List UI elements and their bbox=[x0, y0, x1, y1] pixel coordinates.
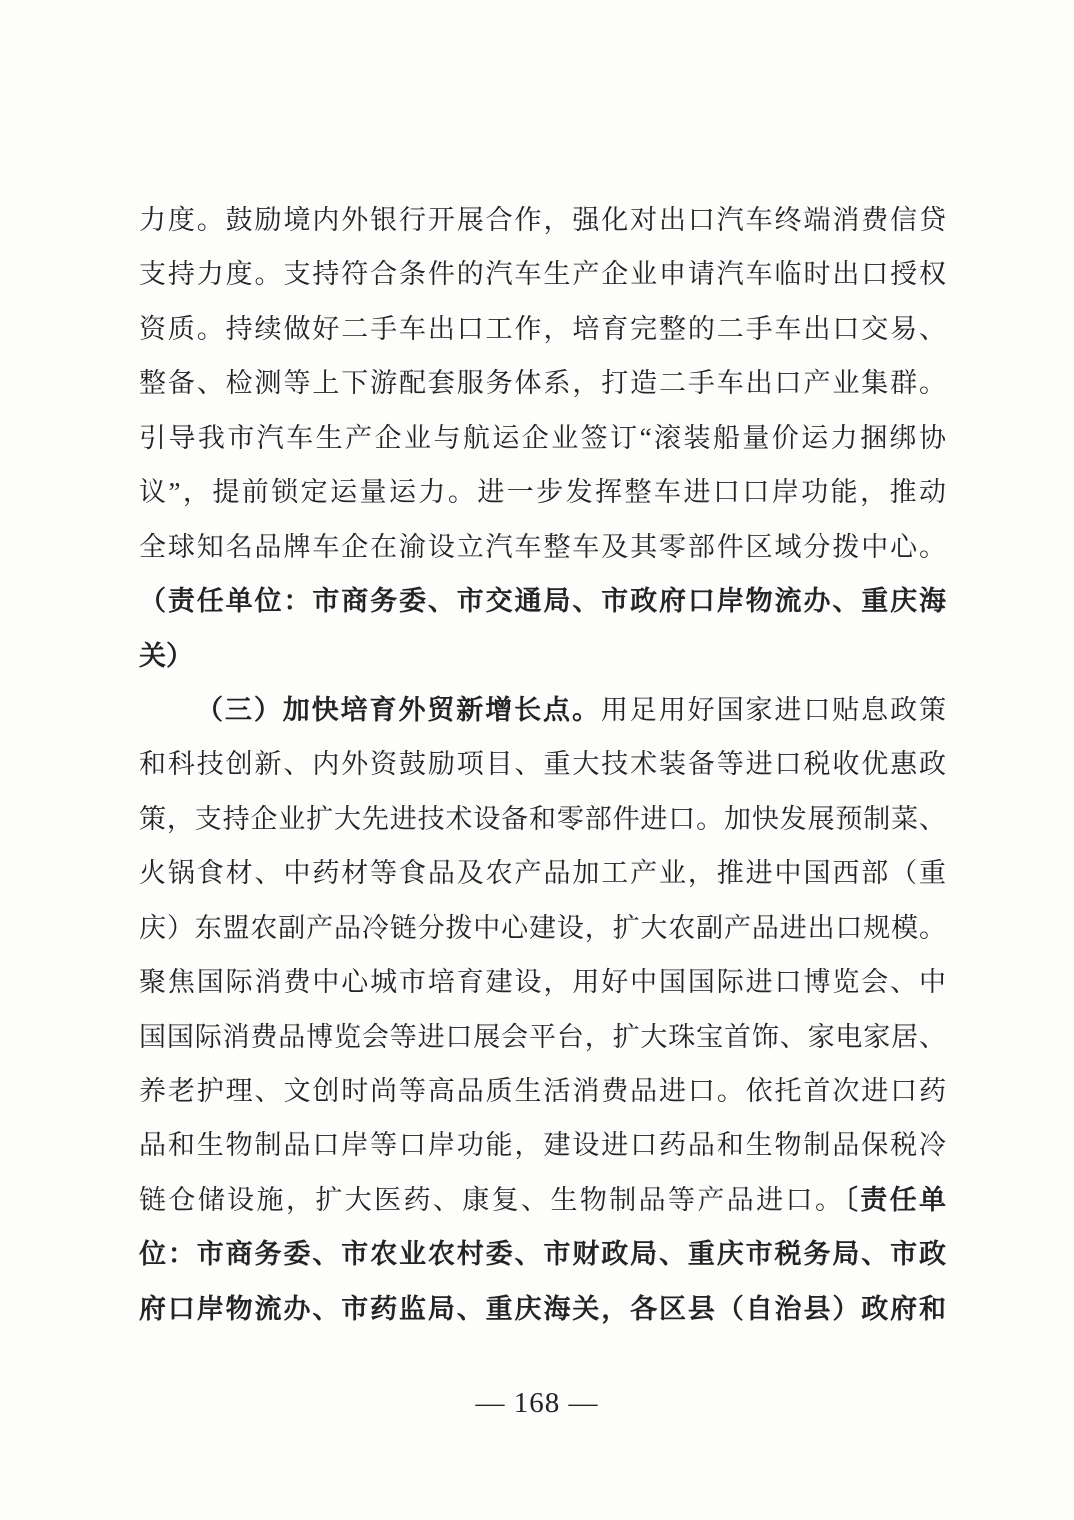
responsibility-note: 府口岸物流办、市药监局、重庆海关，各区县（自治县）政府和 bbox=[139, 1294, 946, 1324]
text-line: （三）加快培育外贸新增长点。用足用好国家进口贴息政策 bbox=[139, 683, 946, 737]
text-run: 议”，提前锁定运量运力。进一步发挥整车进口口岸功能，推动 bbox=[139, 477, 946, 507]
text-line: 资质。持续做好二手车出口工作，培育完整的二手车出口交易、 bbox=[139, 302, 946, 356]
text-line: 庆）东盟农副产品冷链分拨中心建设，扩大农副产品进出口规模。 bbox=[139, 901, 946, 955]
text-run: 资质。持续做好二手车出口工作，培育完整的二手车出口交易、 bbox=[139, 314, 946, 344]
text-line: 全球知名品牌车企在渝设立汽车整车及其零部件区域分拨中心。 bbox=[139, 520, 946, 574]
responsibility-note: 关） bbox=[139, 641, 193, 671]
text-line: 力度。鼓励境内外银行开展合作，强化对出口汽车终端消费信贷 bbox=[139, 193, 946, 247]
text-run: 国国际消费品博览会等进口展会平台，扩大珠宝首饰、家电家居、 bbox=[139, 1022, 946, 1052]
text-line: 火锅食材、中药材等食品及农产品加工产业，推进中国西部（重 bbox=[139, 846, 946, 900]
responsibility-note: 位：市商务委、市农业农村委、市财政局、重庆市税务局、市政 bbox=[139, 1239, 946, 1269]
page-number: — 168 — bbox=[0, 1383, 1074, 1423]
text-line: 策，支持企业扩大先进技术设备和零部件进口。加快发展预制菜、 bbox=[139, 792, 946, 846]
text-run: 庆）东盟农副产品冷链分拨中心建设，扩大农副产品进出口规模。 bbox=[139, 913, 946, 943]
text-line: 聚焦国际消费中心城市培育建设，用好中国国际进口博览会、中 bbox=[139, 955, 946, 1009]
text-line: 关） bbox=[139, 629, 946, 683]
text-line: 引导我市汽车生产企业与航运企业签订“滚装船量价运力捆绑协 bbox=[139, 411, 946, 465]
text-run: 整备、检测等上下游配套服务体系，打造二手车出口产业集群。 bbox=[139, 368, 946, 398]
section-3-heading: （三）加快培育外贸新增长点。 bbox=[196, 695, 601, 725]
text-run: 全球知名品牌车企在渝设立汽车整车及其零部件区域分拨中心。 bbox=[139, 532, 946, 562]
document-page: 力度。鼓励境内外银行开展合作，强化对出口汽车终端消费信贷 支持力度。支持符合条件… bbox=[0, 0, 1074, 1520]
text-line: 支持力度。支持符合条件的汽车生产企业申请汽车临时出口授权 bbox=[139, 247, 946, 301]
text-run: 用足用好国家进口贴息政策 bbox=[601, 695, 946, 725]
text-run: 引导我市汽车生产企业与航运企业签订“滚装船量价运力捆绑协 bbox=[139, 423, 946, 453]
text-line: 养老护理、文创时尚等高品质生活消费品进口。依托首次进口药 bbox=[139, 1064, 946, 1118]
text-run: 和科技创新、内外资鼓励项目、重大技术装备等进口税收优惠政 bbox=[139, 749, 946, 779]
text-run: 火锅食材、中药材等食品及农产品加工产业，推进中国西部（重 bbox=[139, 858, 946, 888]
responsibility-note: 〔责任单 bbox=[844, 1185, 946, 1215]
text-line: 整备、检测等上下游配套服务体系，打造二手车出口产业集群。 bbox=[139, 356, 946, 410]
text-run: 力度。鼓励境内外银行开展合作，强化对出口汽车终端消费信贷 bbox=[139, 205, 946, 235]
document-text-block: 力度。鼓励境内外银行开展合作，强化对出口汽车终端消费信贷 支持力度。支持符合条件… bbox=[139, 193, 946, 1336]
text-run: 支持力度。支持符合条件的汽车生产企业申请汽车临时出口授权 bbox=[139, 259, 946, 289]
responsibility-note: （责任单位：市商务委、市交通局、市政府口岸物流办、重庆海 bbox=[139, 586, 946, 616]
text-run: 策，支持企业扩大先进技术设备和零部件进口。加快发展预制菜、 bbox=[139, 804, 946, 834]
text-line: 国国际消费品博览会等进口展会平台，扩大珠宝首饰、家电家居、 bbox=[139, 1010, 946, 1064]
text-line: 位：市商务委、市农业农村委、市财政局、重庆市税务局、市政 bbox=[139, 1227, 946, 1281]
text-line: 链仓储设施，扩大医药、康复、生物制品等产品进口。〔责任单 bbox=[139, 1173, 946, 1227]
text-line: 议”，提前锁定运量运力。进一步发挥整车进口口岸功能，推动 bbox=[139, 465, 946, 519]
text-line: （责任单位：市商务委、市交通局、市政府口岸物流办、重庆海 bbox=[139, 574, 946, 628]
text-run: 聚焦国际消费中心城市培育建设，用好中国国际进口博览会、中 bbox=[139, 967, 946, 997]
text-line: 和科技创新、内外资鼓励项目、重大技术装备等进口税收优惠政 bbox=[139, 737, 946, 791]
text-line: 府口岸物流办、市药监局、重庆海关，各区县（自治县）政府和 bbox=[139, 1282, 946, 1336]
text-run: 链仓储设施，扩大医药、康复、生物制品等产品进口。 bbox=[139, 1185, 844, 1215]
text-run: 品和生物制品口岸等口岸功能，建设进口药品和生物制品保税冷 bbox=[139, 1130, 946, 1160]
text-run: 养老护理、文创时尚等高品质生活消费品进口。依托首次进口药 bbox=[139, 1076, 946, 1106]
text-line: 品和生物制品口岸等口岸功能，建设进口药品和生物制品保税冷 bbox=[139, 1118, 946, 1172]
